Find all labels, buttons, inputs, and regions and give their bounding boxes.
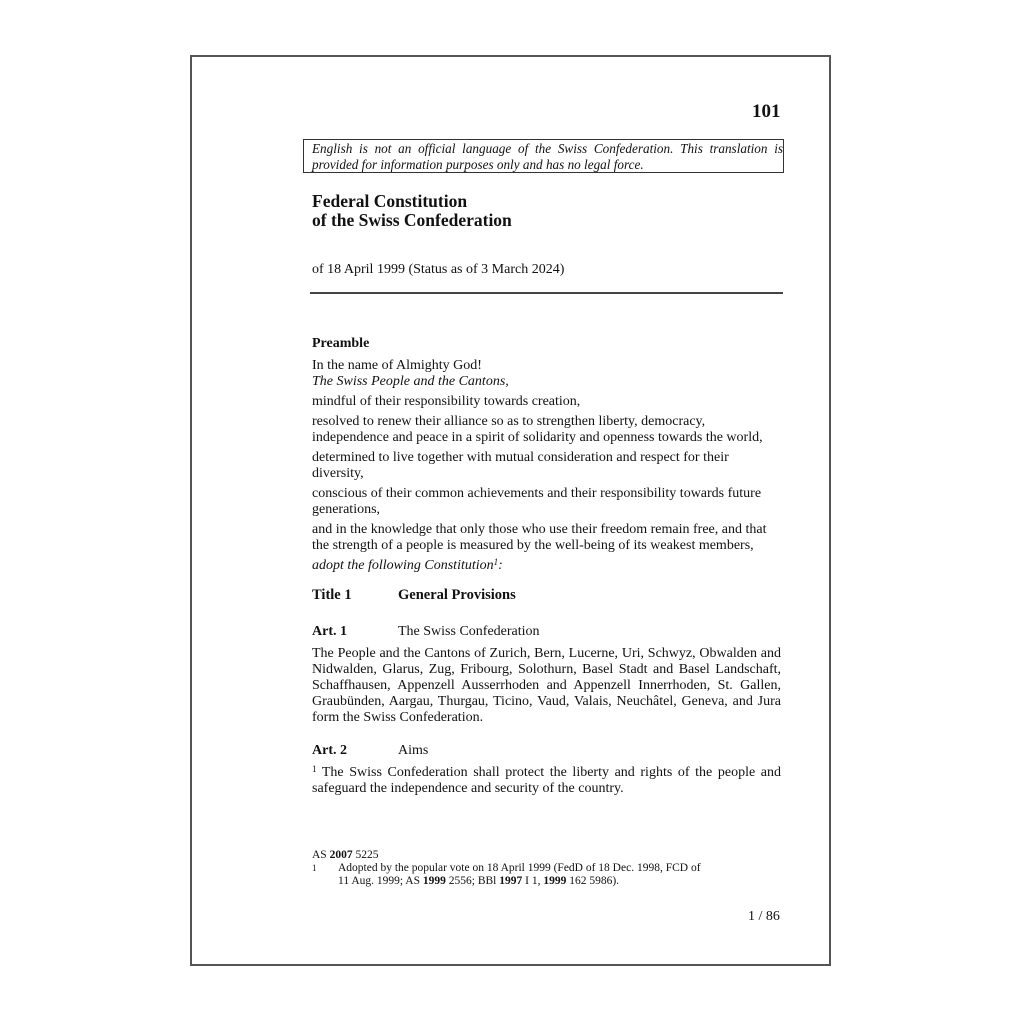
article-text: The People and the Cantons of Zurich, Be… (312, 646, 781, 726)
footnote-text: Adopted by the popular vote on 18 April … (338, 862, 701, 888)
preamble-line: In the name of Almighty God! (312, 358, 781, 374)
preamble-line: conscious of their common achievements a… (312, 486, 767, 518)
article-label: Art. 1 (312, 624, 398, 640)
article-name: Aims (398, 743, 428, 758)
title-divider (310, 292, 783, 294)
paragraph-number: 1 (312, 764, 317, 774)
preamble-line: The Swiss People and the Cantons, (312, 374, 781, 390)
title-name: General Provisions (398, 587, 516, 603)
document-date-status: of 18 April 1999 (Status as of 3 March 2… (312, 262, 564, 278)
document-title: Federal Constitution of the Swiss Confed… (312, 192, 512, 230)
preamble-line: resolved to renew their alliance so as t… (312, 414, 781, 446)
article-label: Art. 2 (312, 743, 398, 759)
as-reference: AS 2007 5225 (312, 849, 782, 862)
sr-number: 101 (752, 101, 781, 123)
title-line-1: Federal Constitution (312, 192, 512, 211)
article-heading: Art. 1The Swiss Confederation (312, 624, 781, 640)
article-name: The Swiss Confederation (398, 624, 540, 639)
footnote-1: 1 Adopted by the popular vote on 18 Apri… (312, 862, 782, 888)
footnote-number: 1 (312, 862, 338, 888)
title-label: Title 1 (312, 587, 398, 603)
article-2: Art. 2Aims 1 The Swiss Confederation sha… (312, 743, 781, 797)
translation-disclaimer: English is not an official language of t… (303, 139, 784, 173)
title-line-2: of the Swiss Confederation (312, 211, 512, 230)
article-paragraph: 1 The Swiss Confederation shall protect … (312, 765, 781, 797)
page-number: 1 / 86 (748, 909, 780, 925)
preamble-line: determined to live together with mutual … (312, 450, 781, 482)
preamble-heading: Preamble (312, 336, 781, 352)
article-heading: Art. 2Aims (312, 743, 781, 759)
preamble-line: mindful of their responsibility towards … (312, 394, 781, 410)
preamble: Preamble In the name of Almighty God! Th… (312, 336, 781, 578)
preamble-closing: adopt the following Constitution1: (312, 558, 781, 574)
preamble-line: and in the knowledge that only those who… (312, 522, 781, 554)
title-1-heading: Title 1General Provisions (312, 587, 781, 604)
footnotes: AS 2007 5225 1 Adopted by the popular vo… (312, 849, 782, 888)
article-1: Art. 1The Swiss Confederation The People… (312, 624, 781, 726)
